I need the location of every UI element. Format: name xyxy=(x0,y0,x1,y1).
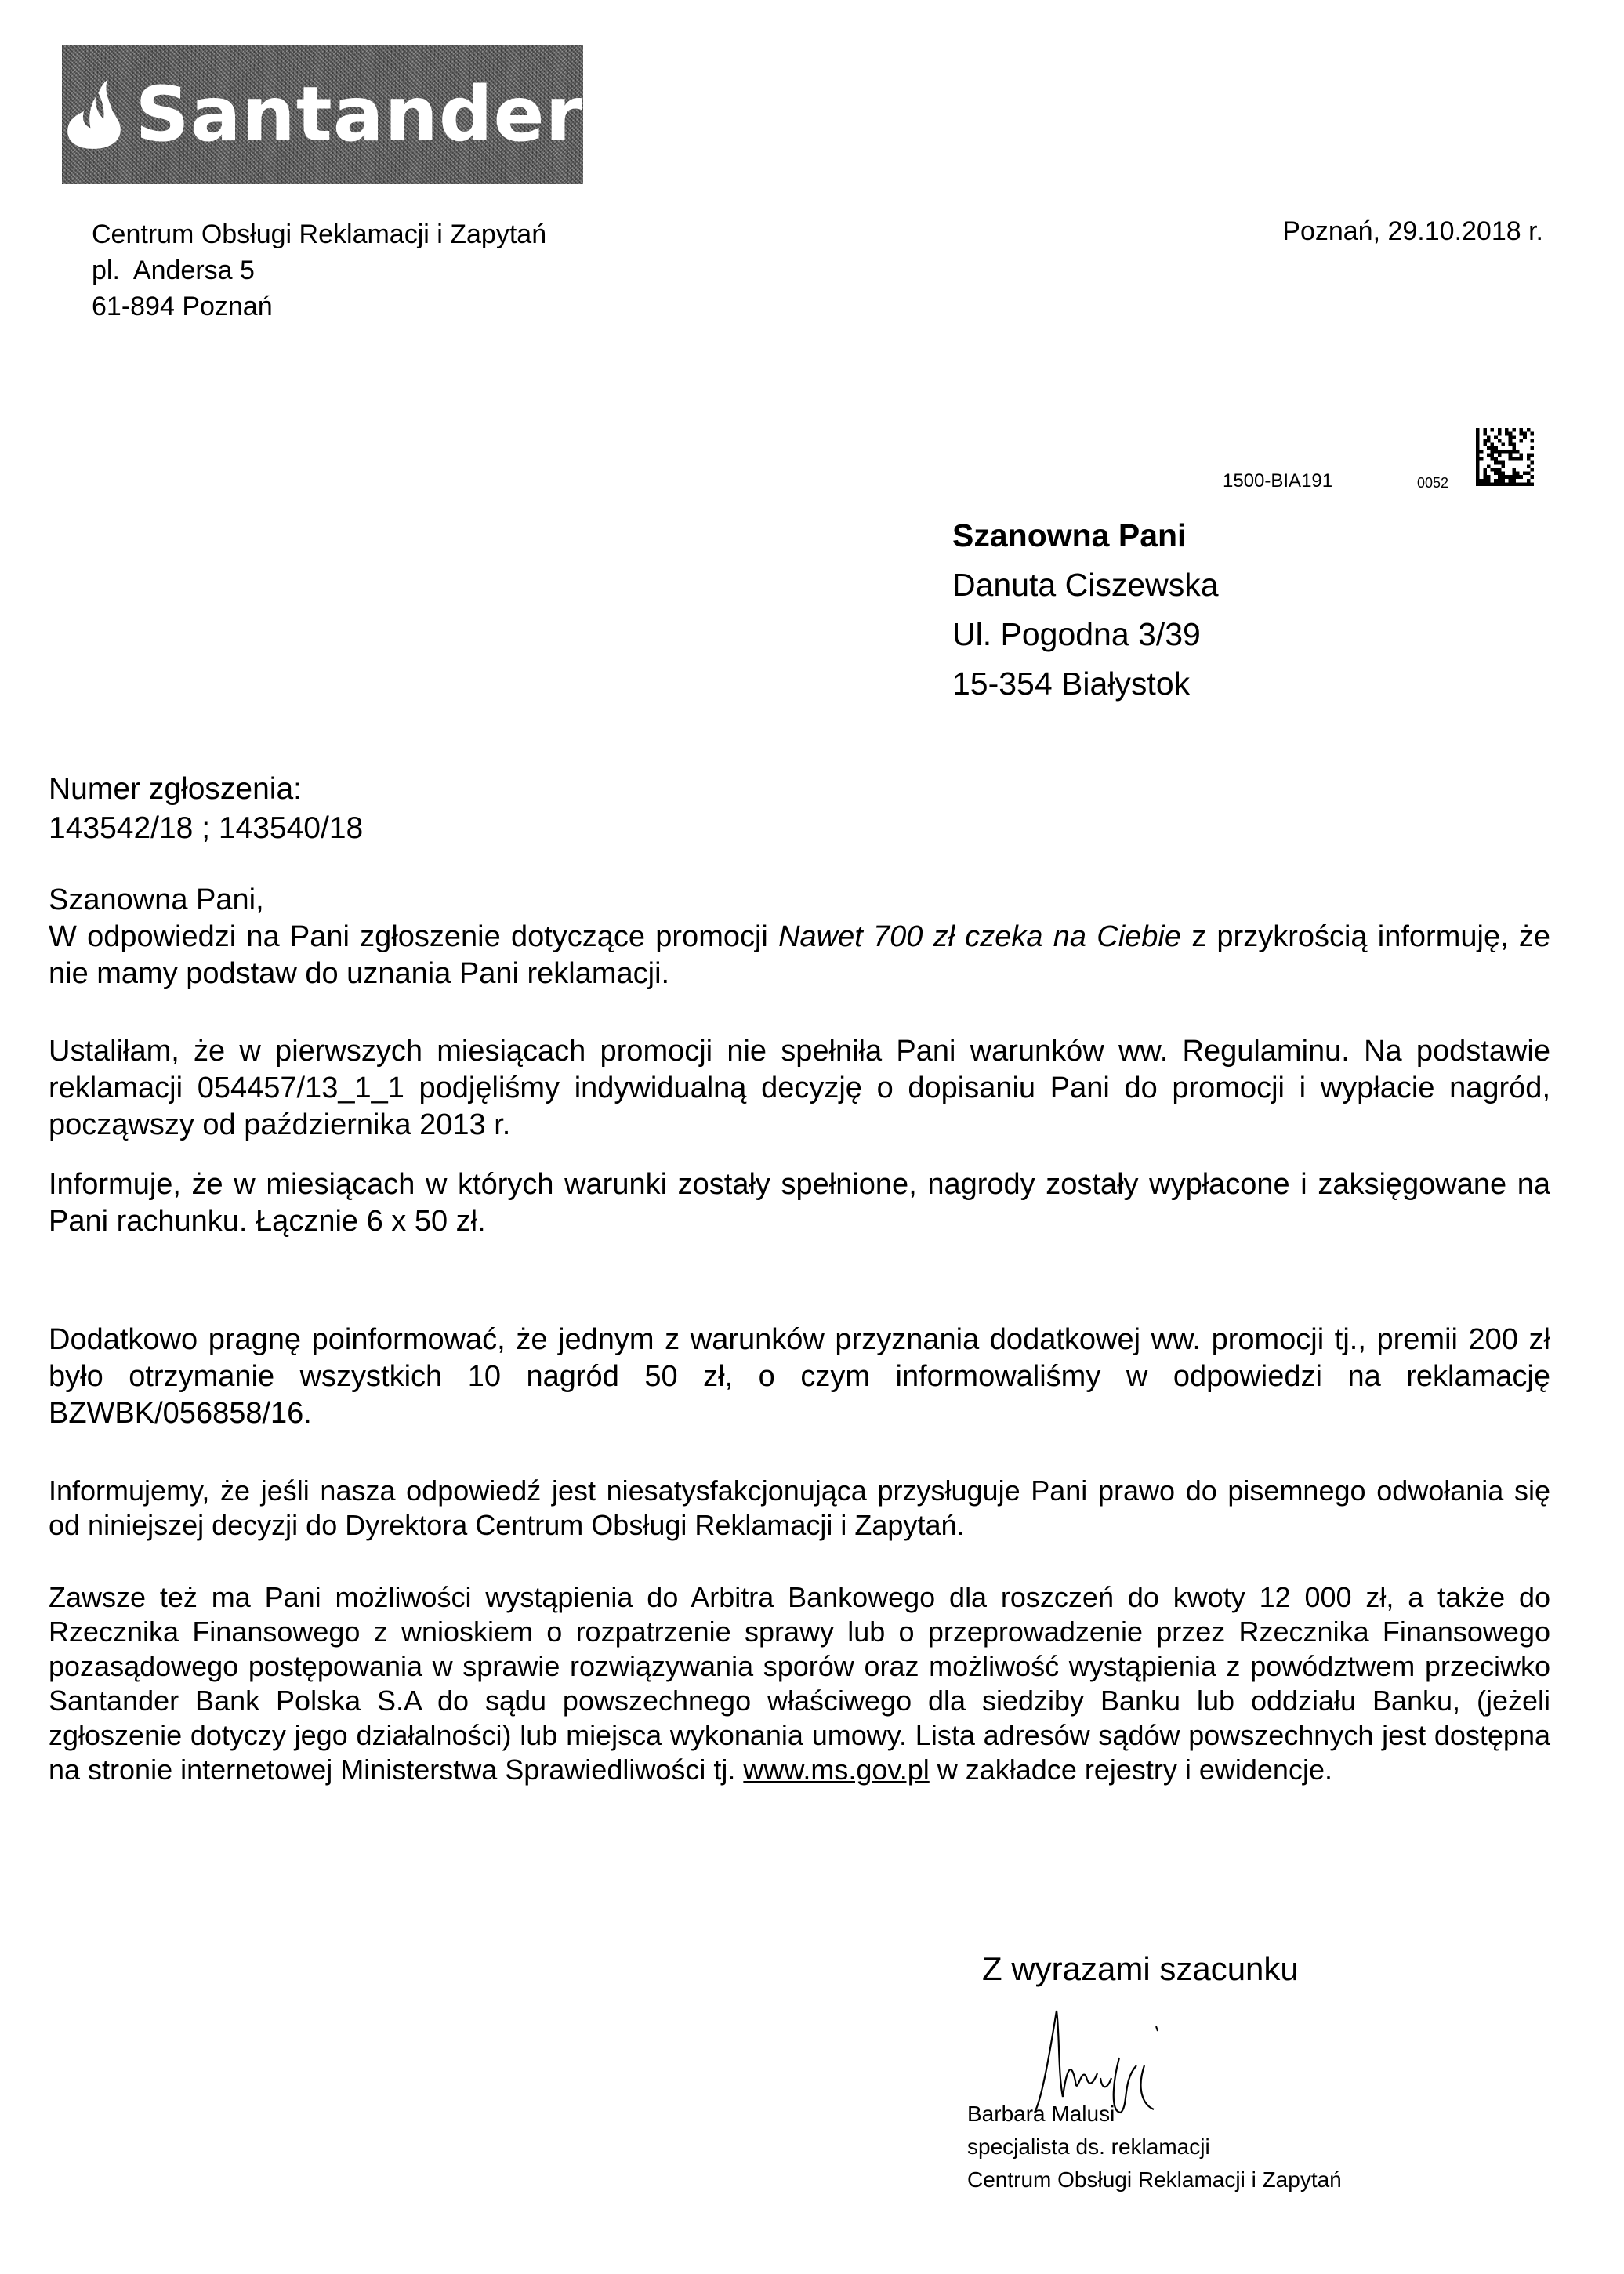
flame-icon xyxy=(62,71,125,158)
paragraph-decision: W odpowiedzi na Pani zgłoszenie dotycząc… xyxy=(49,919,1550,992)
reference-number: 0052 xyxy=(1417,475,1448,491)
brand-wordmark: Santander xyxy=(136,77,583,152)
p6-text-end: w zakładce rejestry i ewidencje. xyxy=(930,1754,1332,1786)
closing-phrase: Z wyrazami szacunku xyxy=(982,1950,1299,1988)
signer-department: Centrum Obsługi Reklamacji i Zapytań xyxy=(967,2163,1342,2196)
recipient-salutation: Szanowna Pani xyxy=(952,511,1219,560)
santander-logo: Santander xyxy=(62,45,583,184)
ms-gov-link[interactable]: www.ms.gov.pl xyxy=(743,1754,929,1786)
paragraph-arbitration: Zawsze też ma Pani możliwości wystąpieni… xyxy=(49,1580,1550,1787)
sender-department: Centrum Obsługi Reklamacji i Zapytań xyxy=(92,216,546,252)
p1-text: W odpowiedzi na Pani zgłoszenie dotycząc… xyxy=(49,920,778,953)
paragraph-payouts: Informuje, że w miesiącach w których war… xyxy=(49,1166,1550,1240)
datamatrix-icon xyxy=(1476,427,1534,487)
promotion-name: Nawet 700 zł czeka na Ciebie xyxy=(778,920,1181,953)
reference-code: 1500-BIA191 xyxy=(1223,470,1332,492)
sender-city: 61-894 Poznań xyxy=(92,288,546,325)
recipient-name: Danuta Ciszewska xyxy=(952,560,1219,610)
paragraph-bonus-condition: Dodatkowo pragnę poinformować, że jednym… xyxy=(49,1322,1550,1432)
recipient-city: 15-354 Białystok xyxy=(952,659,1219,709)
signer-block: Barbara Malusi specjalista ds. reklamacj… xyxy=(967,2098,1342,2196)
greeting: Szanowna Pani, xyxy=(49,882,1550,919)
recipient-address: Szanowna Pani Danuta Ciszewska Ul. Pogod… xyxy=(952,511,1219,709)
ticket-numbers: 143542/18 ; 143540/18 xyxy=(49,809,363,848)
paragraph-appeal: Informujemy, że jeśli nasza odpowiedź je… xyxy=(49,1474,1550,1543)
signer-name: Barbara Malusi xyxy=(967,2098,1342,2131)
recipient-street: Ul. Pogodna 3/39 xyxy=(952,610,1219,659)
letter-date: Poznań, 29.10.2018 r. xyxy=(1282,216,1543,247)
sender-address: Centrum Obsługi Reklamacji i Zapytań pl.… xyxy=(92,216,546,325)
signer-title: specjalista ds. reklamacji xyxy=(967,2131,1342,2163)
sender-street: pl. Andersa 5 xyxy=(92,252,546,288)
ticket-block: Numer zgłoszenia: 143542/18 ; 143540/18 xyxy=(49,770,363,848)
ticket-label: Numer zgłoszenia: xyxy=(49,770,363,809)
paragraph-findings: Ustaliłam, że w pierwszych miesiącach pr… xyxy=(49,1033,1550,1144)
